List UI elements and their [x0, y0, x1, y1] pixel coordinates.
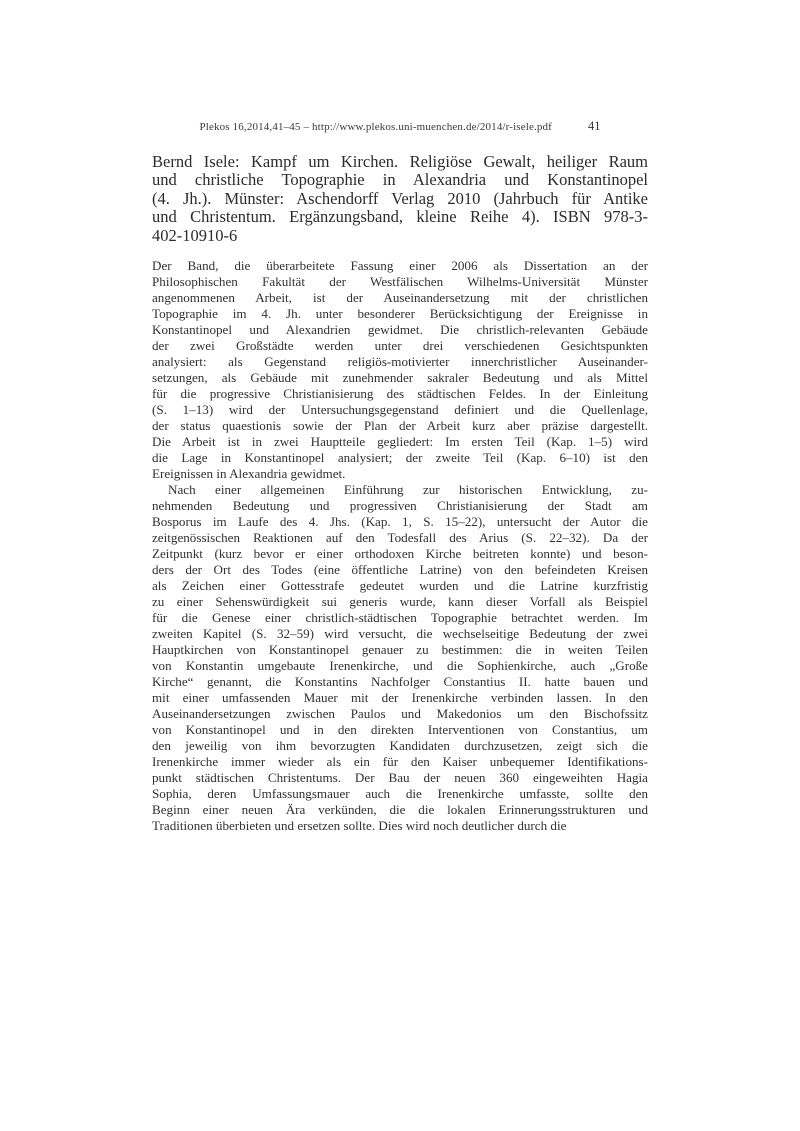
running-header: Plekos 16,2014,41–45 – http://www.plekos…: [152, 119, 648, 134]
text-line: Sophia, deren Umfassungsmauer auch die I…: [152, 786, 648, 802]
text-line: Bosporus im Laufe des 4. Jhs. (Kap. 1, S…: [152, 514, 648, 530]
text-line: Traditionen überbieten und ersetzen soll…: [152, 818, 648, 834]
text-line: setzungen, als Gebäude mit zunehmender s…: [152, 370, 648, 386]
document-page: Plekos 16,2014,41–45 – http://www.plekos…: [0, 0, 800, 1131]
text-line: die Lage in Konstantinopel analysiert; d…: [152, 450, 648, 466]
text-line: Beginn einer neuen Ära verkünden, die di…: [152, 802, 648, 818]
text-line: Hauptkirchen von Konstantinopel genauer …: [152, 642, 648, 658]
text-line: Konstantinopel und Alexandrien gewidmet.…: [152, 322, 648, 338]
text-line: Irenenkirche immer wieder als ein für de…: [152, 754, 648, 770]
text-line: Nach einer allgemeinen Einführung zur hi…: [152, 482, 648, 498]
text-line: Zeitpunkt (kurz bevor er einer orthodoxe…: [152, 546, 648, 562]
text-line: mit einer umfassenden Mauer mit der Iren…: [152, 690, 648, 706]
text-line: punkt städtischen Christentums. Der Bau …: [152, 770, 648, 786]
text-line: Topographie im 4. Jh. unter besonderer B…: [152, 306, 648, 322]
text-line: zeitgenössischen Reaktionen auf den Tode…: [152, 530, 648, 546]
text-line: Kirche“ genannt, die Konstantins Nachfol…: [152, 674, 648, 690]
text-line: und Christentum. Ergänzungsband, kleine …: [152, 208, 648, 226]
text-line: der status quaestionis sowie der Plan de…: [152, 418, 648, 434]
text-line: Bernd Isele: Kampf um Kirchen. Religiöse…: [152, 153, 648, 171]
text-line: (S. 1–13) wird der Untersuchungsgegensta…: [152, 402, 648, 418]
page-number: 41: [588, 119, 601, 134]
text-line: ders der Ort des Todes (eine öffentliche…: [152, 562, 648, 578]
text-line: angenommenen Arbeit, ist der Auseinander…: [152, 290, 648, 306]
paragraph-2: Nach einer allgemeinen Einführung zur hi…: [152, 482, 648, 834]
text-line: und christliche Topographie in Alexandri…: [152, 171, 648, 189]
paragraph-1: Der Band, die überarbeitete Fassung eine…: [152, 258, 648, 482]
text-line: der zwei Großstädte werden unter drei ve…: [152, 338, 648, 354]
text-line: Die Arbeit ist in zwei Hauptteile geglie…: [152, 434, 648, 450]
text-line: zu einer Sehenswürdigkeit sui generis wu…: [152, 594, 648, 610]
text-line: als Zeichen einer Gottesstrafe gedeutet …: [152, 578, 648, 594]
text-line: analysiert: als Gegenstand religiös-moti…: [152, 354, 648, 370]
text-line: den jeweilig von ihm bevorzugten Kandida…: [152, 738, 648, 754]
text-line: Der Band, die überarbeitete Fassung eine…: [152, 258, 648, 274]
body-text: Der Band, die überarbeitete Fassung eine…: [152, 258, 648, 834]
text-line: nehmenden Bedeutung und progressiven Chr…: [152, 498, 648, 514]
text-line: (4. Jh.). Münster: Aschendorff Verlag 20…: [152, 190, 648, 208]
text-line: für die Genese einer christlich-städtisc…: [152, 610, 648, 626]
text-line: Ereignissen in Alexandria gewidmet.: [152, 466, 648, 482]
text-line: von Konstantin umgebaute Irenenkirche, u…: [152, 658, 648, 674]
text-line: von Konstantinopel und in den direkten I…: [152, 722, 648, 738]
text-line: Philosophischen Fakultät der Westfälisch…: [152, 274, 648, 290]
header-citation: Plekos 16,2014,41–45 – http://www.plekos…: [200, 121, 553, 133]
text-line: zweiten Kapitel (S. 32–59) wird versucht…: [152, 626, 648, 642]
text-line: für die progressive Christianisierung de…: [152, 386, 648, 402]
text-line: 402-10910-6: [152, 227, 648, 245]
text-line: Auseinandersetzungen zwischen Paulos und…: [152, 706, 648, 722]
title-block: Bernd Isele: Kampf um Kirchen. Religiöse…: [152, 153, 648, 245]
